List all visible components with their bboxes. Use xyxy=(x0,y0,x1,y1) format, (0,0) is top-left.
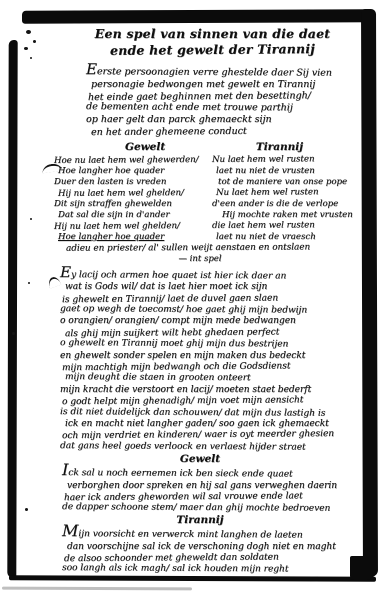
prologue-stanza: Eerste persoonagien verre ghestelde daer… xyxy=(40,65,360,138)
dialogue-row: Hij nu laet hem wel ghelden/die laet hem… xyxy=(40,220,360,233)
manuscript-line: personagie bedwongen met gewelt en Tiran… xyxy=(91,79,360,91)
dialogue-right-line: laet nu niet de vrusten xyxy=(216,166,360,177)
manuscript-line: mijn deught die staen in grooten onteert xyxy=(65,373,360,386)
scan-border-top xyxy=(22,9,374,24)
ink-speck xyxy=(24,47,28,50)
dialogue-block: Hoe nu laet hem wel ghewerden/Nu laet he… xyxy=(40,155,360,243)
dialogue-left-line: Hoe nu laet hem wel ghewerden/ xyxy=(40,155,212,167)
scan-border-left xyxy=(7,40,17,578)
ink-speck xyxy=(33,40,36,43)
dialogue-right-line: die laet hem wel rusten xyxy=(212,220,360,232)
title-block: Een spel van sinnen van die daet ende he… xyxy=(40,26,360,58)
title-line-2: ende het gewelt der Tirannij xyxy=(65,41,360,60)
dialogue-tail-line: adieu en priester/ al' sullen weijt aens… xyxy=(40,242,360,255)
dialogue-left-line: Dat sal die sijn in d'ander xyxy=(40,210,216,221)
ink-speck xyxy=(30,218,32,220)
manuscript-line: soo langh als ick magh/ sal ick houden m… xyxy=(62,563,360,576)
tirannij-speech: Mijn voorsicht en verwerck mint langhen … xyxy=(40,526,360,575)
dialogue-right-line: laet nu niet de vraesch xyxy=(216,232,360,243)
dialogue-right-line: Hij mochte raken met vrusten xyxy=(216,210,360,221)
dialogue-right-line: tot de maniere van onse pope xyxy=(212,177,360,188)
gewelt-speech: Ick sal u noch eernemen ick ben sieck en… xyxy=(40,465,360,514)
manuscript-line: en het ander ghemeene conduct xyxy=(91,125,360,139)
manuscript-line: Mijn voorsicht en verwerck mint langhen … xyxy=(62,526,360,543)
ink-speck xyxy=(30,57,32,59)
ink-speck xyxy=(26,30,31,34)
dialogue-row: Dat sal die sijn in d'anderHij mochte ra… xyxy=(40,210,360,221)
dialogue-row: Hij nu laet hem wel ghelden/Nu laet hem … xyxy=(40,187,360,200)
title-line-1: Een spel van sinnen van die daet xyxy=(65,26,360,42)
manuscript-line: dat gans heel goeds verloock en verlaest… xyxy=(60,441,360,454)
manuscript-line: Ey lacij och armen hoe quaet ist hier ic… xyxy=(60,267,360,283)
dialogue-left-line: Hij nu laet hem wel ghelden/ xyxy=(40,188,216,200)
speaker-headers: Gewelt Tirannij xyxy=(40,141,360,154)
dialogue-left-line: Hoe langher hoe quader xyxy=(40,166,216,177)
manuscript-line: gaet op wegh de toecomst/ hoe gaet ghij … xyxy=(60,304,360,317)
dialogue-row: Hoe langher hoe quaderlaet nu niet de vr… xyxy=(40,166,360,177)
scanned-manuscript-page: Een spel van sinnen van die daet ende he… xyxy=(0,0,390,600)
scan-border-right xyxy=(361,9,378,577)
dialogue-left-line: Hoe langher hoe quader xyxy=(40,232,216,243)
stage-note: — int spel xyxy=(40,254,360,264)
dialogue-left-line: Duer den lasten is vreden xyxy=(40,177,212,188)
dialogue-right-line: d'een ander is die de verlope xyxy=(212,199,360,210)
manuscript-line: o ghewelt en Tirannij moet ghij mijn dus… xyxy=(60,338,360,351)
speaker-tirannij: Tirannij xyxy=(256,141,303,153)
manuscript-line: op haer gelt dan parck ghemaeckt sijn xyxy=(86,114,360,126)
speaker-gewelt: Gewelt xyxy=(125,141,165,153)
manuscript-text: Een spel van sinnen van die daet ende he… xyxy=(40,26,360,576)
manuscript-line: de bementen acht ende met trouwe parthij xyxy=(86,102,360,115)
ink-speck xyxy=(12,332,15,335)
dialogue-left-line: Hij nu laet hem wel ghelden/ xyxy=(40,221,212,233)
manuscript-line: o orangien/ orangien/ compt mijn mede be… xyxy=(60,316,360,327)
manuscript-line: de dapper schoone stem/ maer dan ghij mo… xyxy=(62,502,360,515)
scan-border-bottom xyxy=(9,575,376,582)
manuscript-line: wat is Gods wil/ dat is laet hier moet i… xyxy=(65,282,360,293)
scan-dust-trail xyxy=(2,587,192,591)
dialogue-row: Hoe nu laet hem wel ghewerden/Nu laet he… xyxy=(40,154,360,167)
manuscript-line: Eerste persoonagien verre ghestelde daer… xyxy=(86,64,360,79)
dialogue-right-line: Nu laet hem wel rusten xyxy=(212,154,360,166)
ink-speck xyxy=(28,282,30,284)
dialogue-row: Duer den lasten is vredentot de maniere … xyxy=(40,177,360,188)
monologue-stanza: Ey lacij och armen hoe quaet ist hier ic… xyxy=(40,268,360,454)
dialogue-row: Dit sijn straffen gheweldend'een ander i… xyxy=(40,199,360,210)
dialogue-row: Hoe langher hoe quaderlaet nu niet de vr… xyxy=(40,232,360,243)
manuscript-line: verborghen door spreken en hij sal gans … xyxy=(67,481,360,492)
manuscript-line: Ick sal u noch eernemen ick ben sieck en… xyxy=(62,464,360,481)
dialogue-left-line: Dit sijn straffen ghewelden xyxy=(40,199,212,210)
dialogue-right-line: Nu laet hem wel rusten xyxy=(216,187,360,199)
manuscript-line: is dit niet duidelijck dan schouwen/ dat… xyxy=(60,407,360,420)
ink-speck xyxy=(25,508,28,511)
